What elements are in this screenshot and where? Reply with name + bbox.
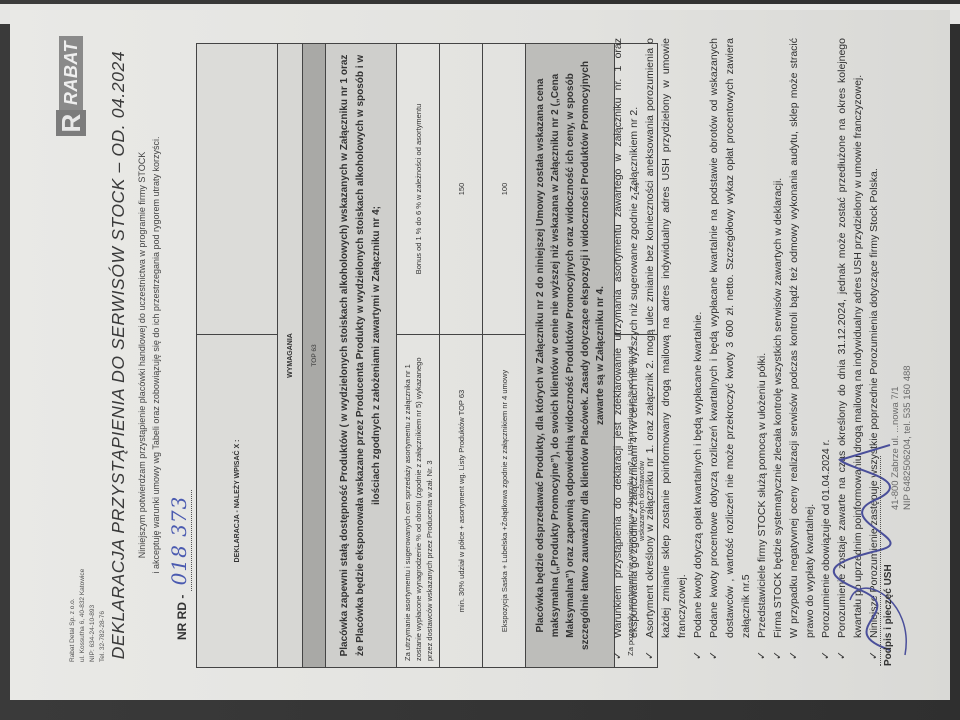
table-row: min. 30% udział w półce + asortyment wg.… [440, 44, 483, 668]
row-value: 150 [440, 44, 483, 335]
row-value: Bonus od 1 % do 6 % w zależności od asor… [397, 44, 440, 335]
list-item: ✓W przypadku negatywnej oceny realizacji… [786, 38, 818, 660]
term-text: Asortyment określony w załączniku nr 1. … [644, 38, 688, 638]
term-text: Warunkiem przystąpienia do deklaracji je… [612, 38, 640, 638]
header-mark-cell [197, 44, 278, 335]
list-item: ✓Podane kwoty dotyczą opłat kwartalnych … [690, 38, 706, 660]
company-street: ul. Kossutha 6, 40-832 Katowice [78, 569, 88, 662]
company-address: Rabat Detal Sp. z o.o. ul. Kossutha 6, 4… [68, 569, 108, 662]
row-condition: Ekspozycja Saska + Lubelska +Żołądkowa z… [483, 335, 526, 668]
company-name: Rabat Detal Sp. z o.o. [68, 569, 78, 662]
checkmark-icon: ✓ [754, 651, 770, 660]
intro-line-2: i akceptuję warunki umowy wg Tabeli oraz… [149, 40, 163, 670]
nr-rd-field: NR RD - 018 373 [167, 490, 191, 640]
document-title: DEKLARACJA PRZYSTĄPIENIA DO SERWISÓW STO… [108, 10, 129, 700]
checkmark-icon: ✓ [642, 651, 658, 660]
promo-row: Placówka będzie odsprzedawać Produkty, d… [526, 44, 615, 668]
checkmark-icon: ✓ [786, 651, 802, 660]
term-text: Podane kwoty procentowe dotyczą rozlicze… [708, 38, 752, 638]
stamp-nip-phone: NIP 6482506204, tel. 535 160 488 [902, 365, 914, 510]
nr-rd-handwritten-value: 018 373 [167, 490, 192, 592]
declaration-table: DEKLARACJA - NALEŻY WPISAĆ X : WYMAGANIA… [196, 43, 658, 668]
top63-label: TOP 63 [303, 44, 326, 668]
checkmark-icon: ✓ [690, 651, 706, 660]
table-row: Za utrzymanie asortymentu i sugerowanych… [397, 44, 440, 668]
checkmark-icon: ✓ [610, 651, 626, 660]
checkmark-icon: ✓ [706, 651, 722, 660]
promo-text: Placówka będzie odsprzedawać Produkty, d… [526, 44, 615, 668]
signature-line [880, 456, 881, 666]
list-item: ✓Asortyment określony w załączniku nr 1.… [642, 38, 690, 660]
checkmark-icon: ✓ [770, 651, 786, 660]
company-nip: NIP: 634-24-10-893 [88, 569, 98, 662]
shop-stamp: 41-800 Zabrze ul. ...nowa 7/1 NIP 648250… [890, 365, 914, 510]
list-item: ✓Firma STOCK będzie systematycznie zleca… [770, 38, 786, 660]
header-declaration-cell: DEKLARACJA - NALEŻY WPISAĆ X : [197, 335, 278, 668]
table-row: Ekspozycja Saska + Lubelska +Żołądkowa z… [483, 44, 526, 668]
company-phone: Tel. 32-782-28-76 [98, 569, 108, 662]
term-text: Przedstawiciele firmy STOCK służą pomocą… [756, 353, 768, 638]
term-text: Firma STOCK będzie systematycznie zlecał… [772, 178, 784, 638]
requirements-label: WYMAGANIA [278, 44, 303, 668]
row-condition: Za utrzymanie asortymentu i sugerowanych… [397, 335, 440, 668]
top63-row: TOP 63 [303, 44, 326, 668]
row-value: 100 [483, 44, 526, 335]
rabat-logo: R RABAT [56, 36, 86, 136]
requirements-header-row: WYMAGANIA [278, 44, 303, 668]
term-text: Podane kwoty dotyczą opłat kwartalnych i… [692, 312, 704, 638]
stamp-address: 41-800 Zabrze ul. ...nowa 7/1 [890, 365, 902, 510]
intro-text: Niniejszym potwierdzam przystąpienie pla… [135, 40, 163, 670]
term-text: W przypadku negatywnej oceny realizacji … [788, 38, 816, 638]
nr-rd-label: NR RD - [175, 595, 189, 640]
table-header-row: DEKLARACJA - NALEŻY WPISAĆ X : [197, 44, 278, 668]
intro-line-1: Niniejszym potwierdzam przystąpienie pla… [135, 40, 149, 670]
logo-text: RABAT [59, 36, 83, 110]
requirement-text: Placówka zapewni stałą dostępność Produk… [326, 44, 397, 668]
list-item: ✓Podane kwoty procentowe dotyczą rozlicz… [706, 38, 754, 660]
logo-r-icon: R [56, 110, 86, 136]
row-condition: min. 30% udział w półce + asortyment wg.… [440, 335, 483, 668]
declaration-page: Rabat Detal Sp. z o.o. ul. Kossutha 6, 4… [10, 10, 950, 700]
requirement-row: Placówka zapewni stałą dostępność Produk… [326, 44, 397, 668]
signature-label: Podpis i pieczęć USH [883, 564, 894, 666]
list-item: ✓Przedstawiciele firmy STOCK służą pomoc… [754, 38, 770, 660]
list-item: ✓Warunkiem przystąpienia do deklaracji j… [610, 38, 642, 660]
